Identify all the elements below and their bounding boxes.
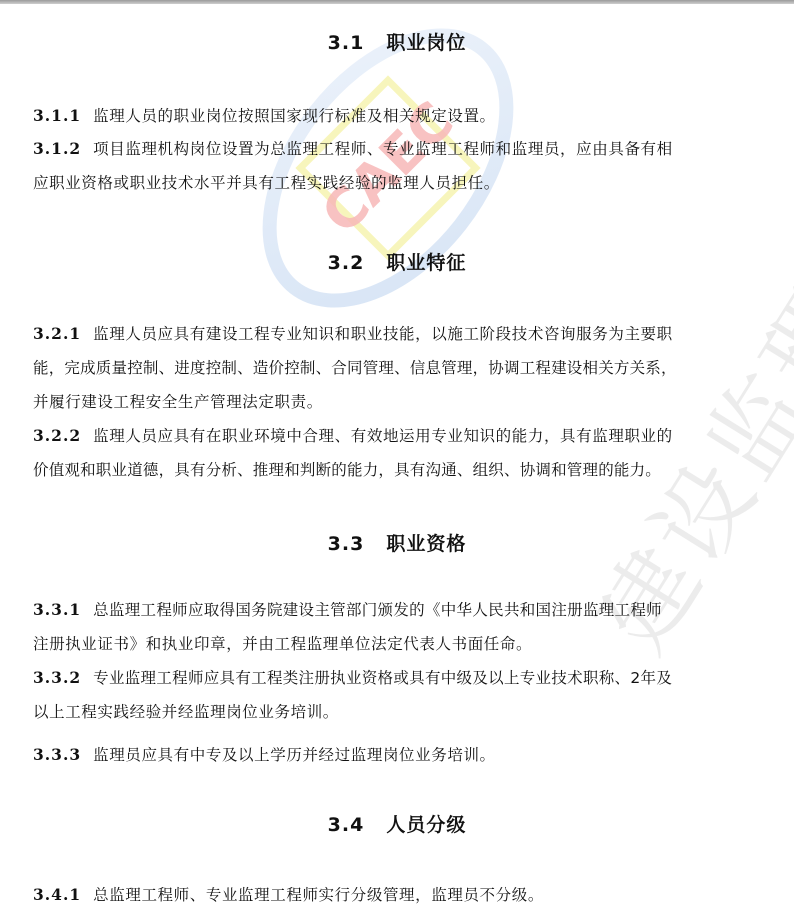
- document-page: 3.1职业岗位 3.1.1监理人员的职业岗位按照国家现行标准及相关规定设置。 3…: [0, 0, 794, 920]
- clause-3-1-2-cont: 应职业资格或职业技术水平并具有工程实践经验的监理人员担任。: [33, 172, 773, 194]
- clause-3-2-1: 3.2.1监理人员应具有建设工程专业知识和职业技能，以施工阶段技术咨询服务为主要…: [33, 323, 773, 345]
- clause-3-3-2: 3.3.2专业监理工程师应具有工程类注册执业资格或具有中级及以上专业技术职称、2…: [33, 667, 773, 689]
- section-title-3-4: 3.4人员分级: [0, 813, 794, 837]
- section-title-3-3: 3.3职业资格: [0, 532, 794, 556]
- clause-3-3-2-cont: 以上工程实践经验并经监理岗位业务培训。: [33, 701, 773, 723]
- clause-3-3-1: 3.3.1总监理工程师应取得国务院建设主管部门颁发的《中华人民共和国注册监理工程…: [33, 599, 773, 621]
- clause-3-2-2: 3.2.2监理人员应具有在职业环境中合理、有效地运用专业知识的能力，具有监理职业…: [33, 425, 773, 447]
- clause-3-3-3: 3.3.3监理员应具有中专及以上学历并经过监理岗位业务培训。: [33, 744, 773, 766]
- clause-3-1-1: 3.1.1监理人员的职业岗位按照国家现行标准及相关规定设置。: [33, 105, 773, 127]
- clause-3-1-2: 3.1.2项目监理机构岗位设置为总监理工程师、专业监理工程师和监理员，应由具备有…: [33, 138, 773, 160]
- clause-3-2-1-cont-1: 能，完成质量控制、进度控制、造价控制、合同管理、信息管理，协调工程建设相关方关系…: [33, 357, 773, 379]
- section-title-3-2: 3.2职业特征: [0, 251, 794, 275]
- clause-3-4-1: 3.4.1总监理工程师、专业监理工程师实行分级管理，监理员不分级。: [33, 884, 773, 906]
- clause-3-3-1-cont: 注册执业证书》和执业印章，并由工程监理单位法定代表人书面任命。: [33, 633, 773, 655]
- clause-3-2-1-cont-2: 并履行建设工程安全生产管理法定职责。: [33, 391, 773, 413]
- clause-3-2-2-cont: 价值观和职业道德，具有分析、推理和判断的能力，具有沟通、组织、协调和管理的能力。: [33, 459, 773, 481]
- section-title-3-1: 3.1职业岗位: [0, 31, 794, 55]
